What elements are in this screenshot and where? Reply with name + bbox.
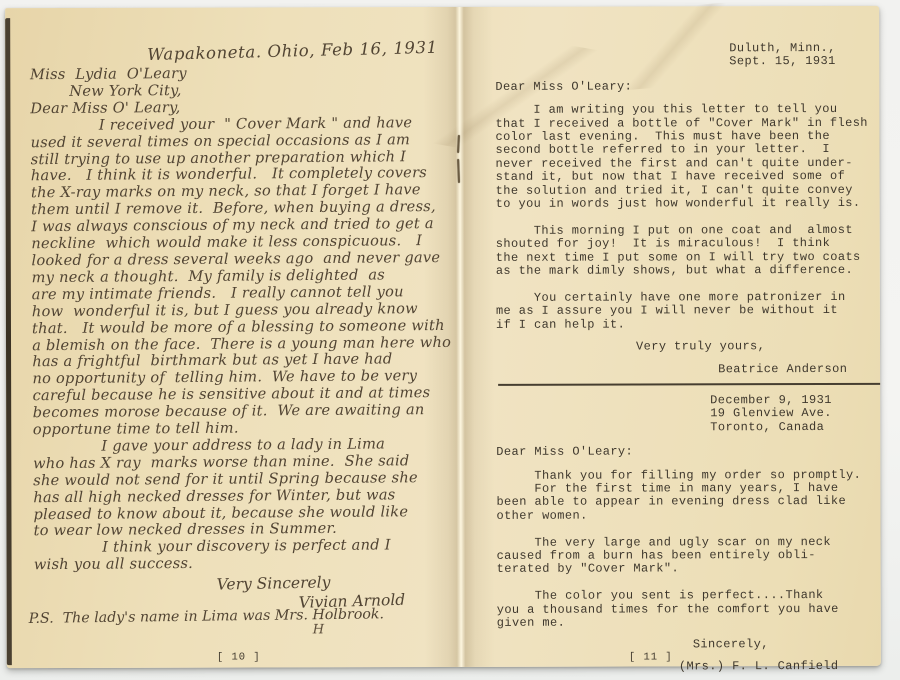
typed-letter-canfield: December 9, 1931 19 Glenview Ave. Toront… (496, 394, 889, 674)
open-booklet: Wapakoneta. Ohio, Feb 16, 1931 Miss Lydi… (5, 6, 881, 668)
letter2-salutation: Dear Miss O'Leary: (496, 445, 888, 459)
letter2-dateline: December 9, 1931 19 Glenview Ave. Toront… (710, 394, 888, 435)
handwritten-place-date: Wapakoneta. Ohio, Feb 16, 1931 (147, 38, 438, 64)
letter1-body: I am writing you this letter to tell you… (495, 103, 888, 332)
letter1-closing: Very truly yours, (636, 340, 888, 354)
text-line: been able to appear in evening dress cla… (496, 495, 888, 509)
text-line: me as I assure you I will never be witho… (496, 304, 888, 318)
letter-divider-rule (498, 383, 880, 386)
handwritten-letter-body: Miss Lydia O'Leary New York City,Dear Mi… (30, 64, 464, 575)
text-line: becomes morose because of it. We are awa… (33, 402, 463, 422)
text-line: terated by "Cover Mark". (497, 562, 889, 576)
text-line: wish you all success. (34, 554, 464, 574)
text-line: to you in words just how wonderful it re… (496, 197, 888, 211)
page-number-left: [ 10 ] (217, 651, 261, 663)
text-line: as the mark dimly shows, but what a diff… (496, 264, 888, 278)
letter2-closing: Sincerely, (693, 637, 889, 651)
letter2-address-1: 19 Glenview Ave. (710, 407, 888, 421)
text-line: other women. (496, 509, 888, 523)
booklet-cover-edge (5, 18, 12, 665)
text-line: given me. (497, 616, 889, 630)
text-line: caused from a burn has been entirely obl… (497, 549, 889, 563)
handwritten-closing: Very Sincerely (216, 573, 330, 593)
handwritten-postscript: P.S. The lady's name in Lima was Mrs. Ho… (29, 606, 384, 627)
letter2-body: Thank you for filling my order so prompt… (496, 468, 888, 630)
handwritten-mark: H (313, 622, 324, 637)
typed-letter-anderson: Duluth, Minn., Sept. 15, 1931 Dear Miss … (495, 42, 888, 377)
scanned-document-stage: Wapakoneta. Ohio, Feb 16, 1931 Miss Lydi… (0, 0, 900, 680)
letter1-dateline: Duluth, Minn., Sept. 15, 1931 (729, 42, 887, 69)
text-line: you a thousand times for the comfort you… (497, 603, 889, 617)
letter2-signature: (Mrs.) F. L. Canfield (679, 660, 889, 674)
letter1-date: Sept. 15, 1931 (729, 55, 887, 69)
text-line: if I can help it. (496, 318, 888, 332)
page-number-right: [ 11 ] (629, 651, 673, 663)
letter1-signature: Beatrice Anderson (718, 362, 888, 376)
letter1-salutation: Dear Miss O'Leary: (495, 80, 887, 94)
letter2-address-2: Toronto, Canada (710, 421, 888, 435)
